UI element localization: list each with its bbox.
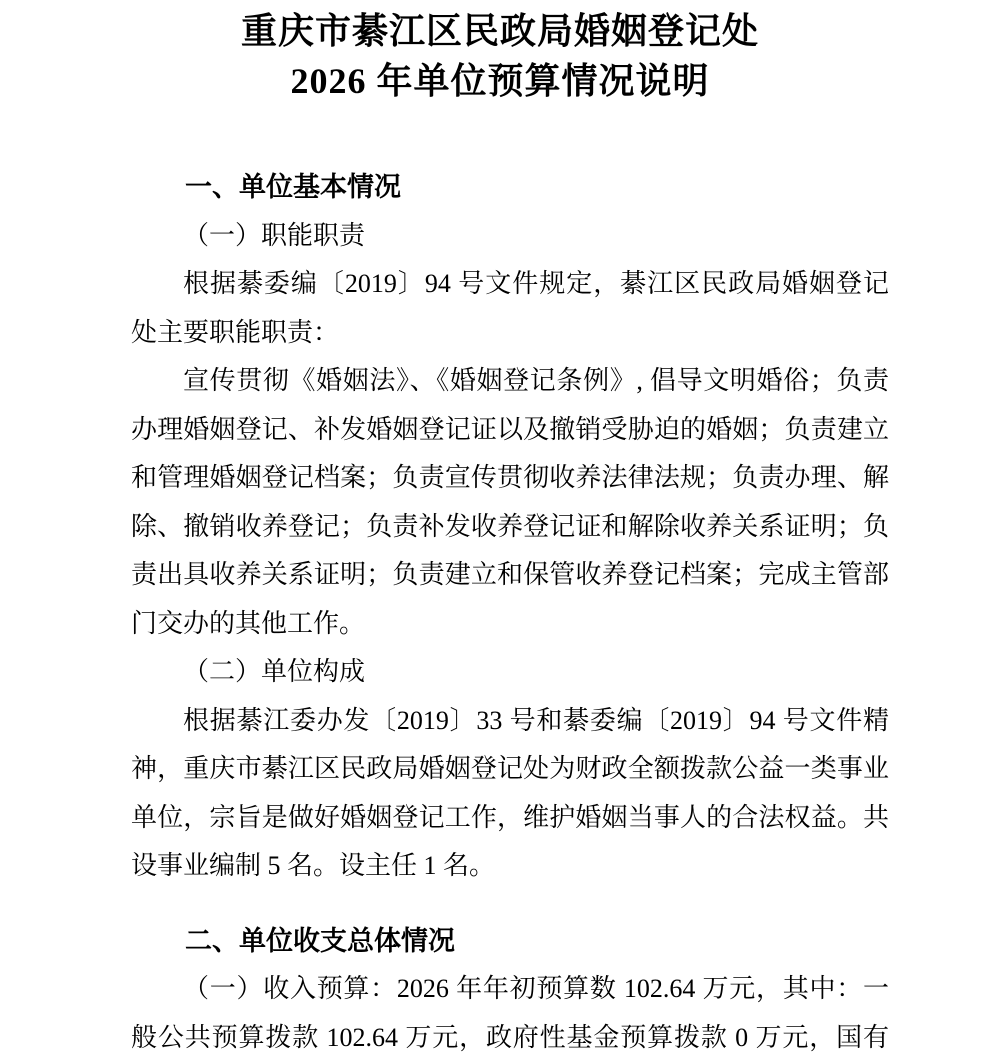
document-body: 一、单位基本情况 （一）职能职责 根据綦委编〔2019〕94 号文件规定，綦江区… [131, 163, 889, 1062]
sub-heading-duties: （一）职能职责 [131, 212, 889, 261]
paragraph-income-budget: （一）收入预算：2026 年年初预算数 102.64 万元，其中：一般公共预算拨… [131, 965, 889, 1062]
paragraph-duties-intro: 根据綦委编〔2019〕94 号文件规定，綦江区民政局婚姻登记处主要职能职责： [131, 260, 889, 357]
document-title: 重庆市綦江区民政局婚姻登记处 2026 年单位预算情况说明 [0, 0, 1000, 106]
sub-heading-unit-composition: （二）单位构成 [131, 648, 889, 697]
document-page: 重庆市綦江区民政局婚姻登记处 2026 年单位预算情况说明 一、单位基本情况 （… [0, 0, 1000, 1062]
paragraph-duties-detail: 宣传贯彻《婚姻法》、《婚姻登记条例》, 倡导文明婚俗；负责办理婚姻登记、补发婚姻… [131, 357, 889, 648]
document-title-line-2: 2026 年单位预算情况说明 [0, 56, 1000, 106]
paragraph-unit-composition: 根据綦江委办发〔2019〕33 号和綦委编〔2019〕94 号文件精神，重庆市綦… [131, 697, 889, 891]
section-heading-basic-info: 一、单位基本情况 [131, 163, 889, 212]
section-heading-budget-overview: 二、单位收支总体情况 [131, 917, 889, 966]
document-title-line-1: 重庆市綦江区民政局婚姻登记处 [0, 6, 1000, 56]
